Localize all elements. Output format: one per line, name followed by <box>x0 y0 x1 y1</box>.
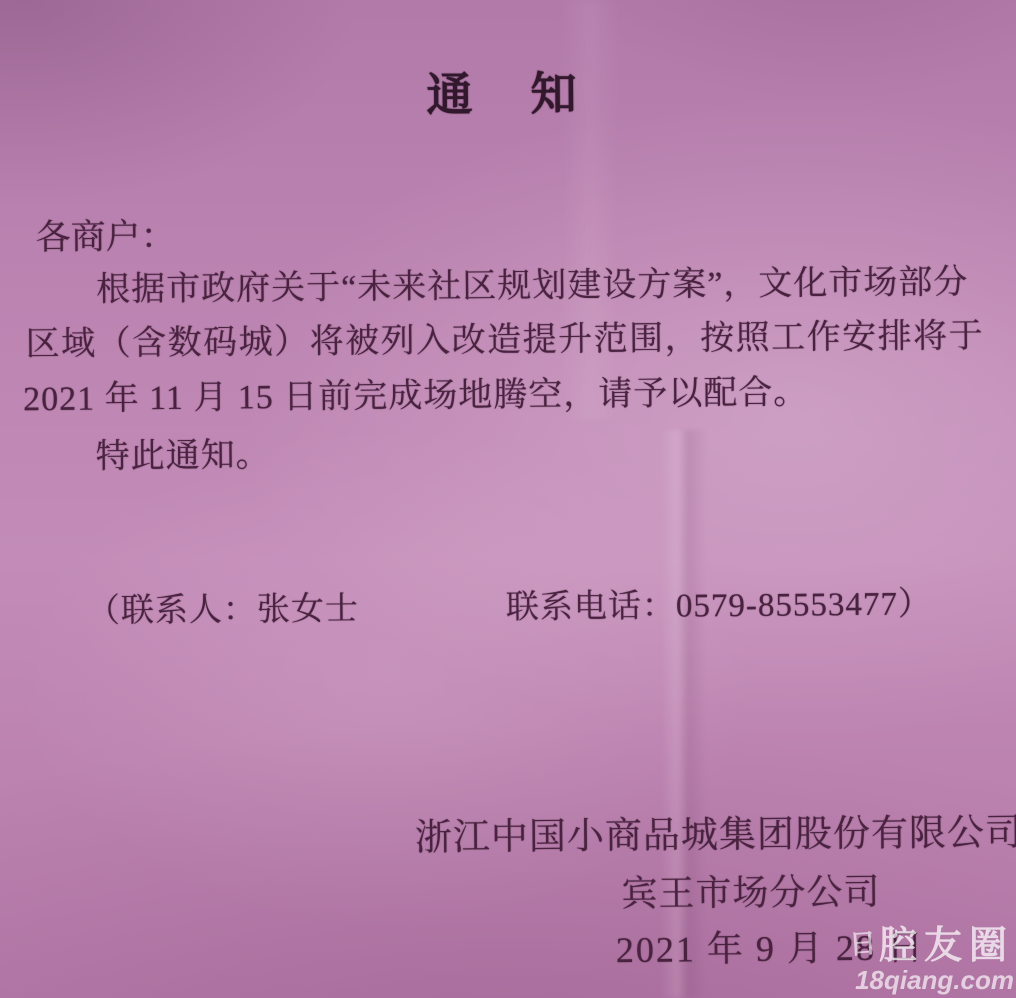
notice-paper-photo: 通 知 各商户： 根据市政府关于“未来社区规划建设方案”，文化市场部分 区域（含… <box>0 0 1016 998</box>
signature-date: 2021 年 9 月 28 日 <box>616 919 925 973</box>
signature-company: 浙江中国小商品城集团股份有限公司 <box>415 802 1016 861</box>
body-line-3: 2021 年 11 月 15 日前完成场地腾空，请予以配合。 <box>23 364 809 420</box>
body-line-2: 区域（含数码城）将被列入改造提升范围，按照工作安排将于 <box>25 308 984 365</box>
body-line-1: 根据市政府关于“未来社区规划建设方案”，文化市场部分 <box>96 254 969 311</box>
closing-line: 特此通知。 <box>95 427 270 478</box>
notice-title: 通 知 <box>0 54 1013 129</box>
contact-phone: 联系电话：0579-85553477） <box>506 577 932 628</box>
signature-branch: 宾王市场分公司 <box>621 864 880 917</box>
notice-content: 通 知 各商户： 根据市政府关于“未来社区规划建设方案”，文化市场部分 区域（含… <box>0 0 1016 998</box>
salutation: 各商户： <box>35 209 175 260</box>
contact-person: （联系人：张女士 <box>87 582 359 631</box>
